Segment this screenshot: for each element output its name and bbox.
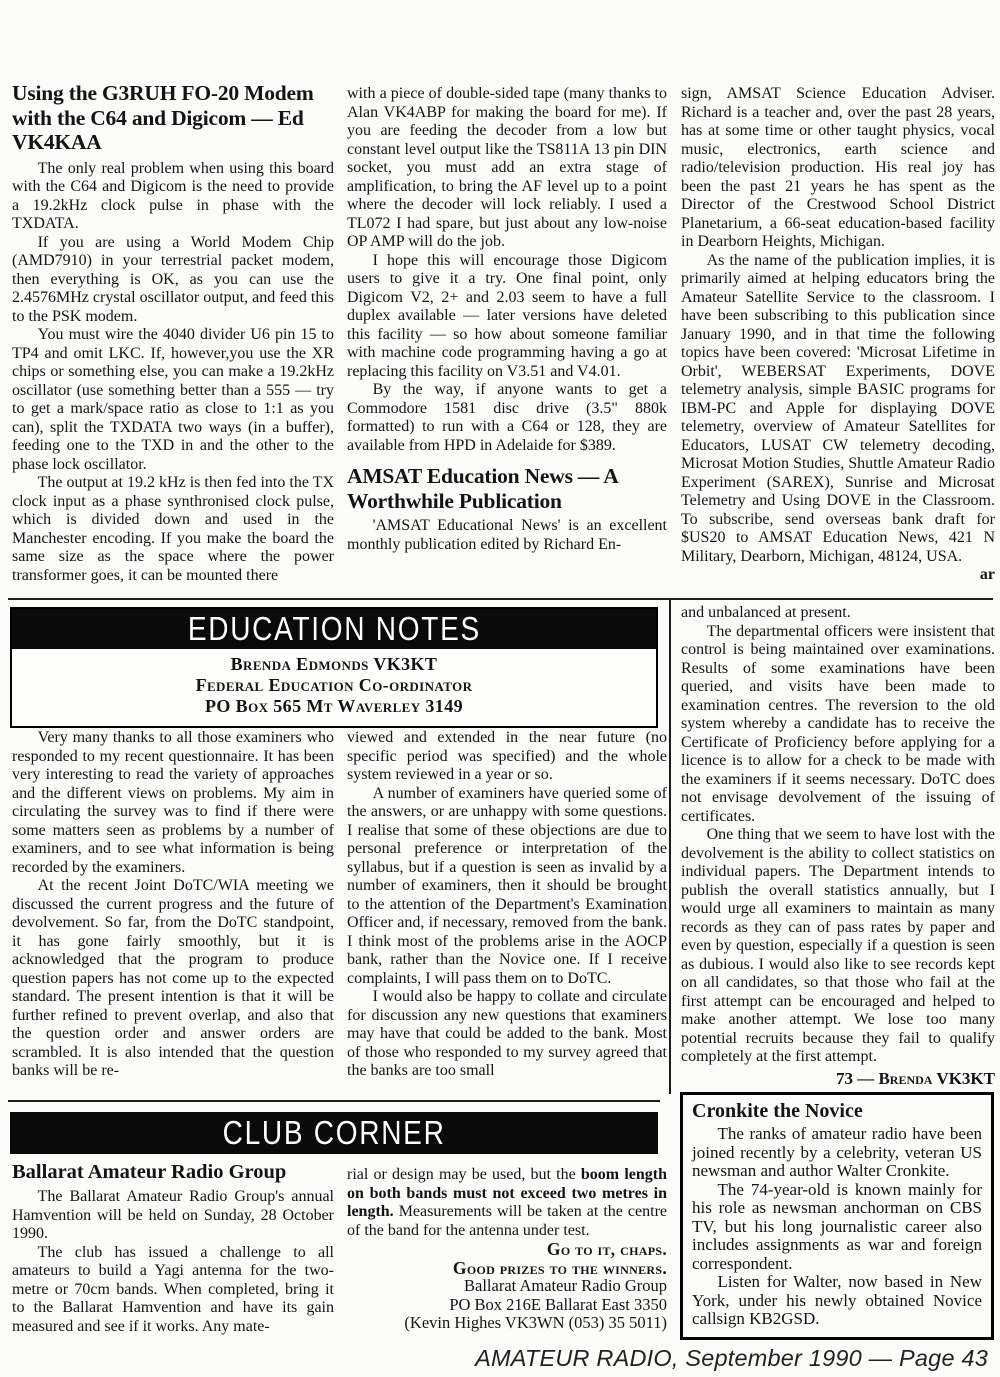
article-g3ruh-column-1: Using the G3RUH FO-20 Modem with the C64… [12, 81, 334, 585]
paragraph: The departmental officers were insistent… [681, 623, 995, 827]
paragraph: The ranks of amateur radio have been joi… [692, 1125, 982, 1181]
education-notes-header: EDUCATION NOTES Brenda Edmonds VK3KT Fed… [10, 607, 658, 728]
club-address-line: (Kevin Highes VK3WN (053) 35 5011) [347, 1314, 667, 1333]
club-corner-divider [8, 1100, 660, 1102]
signoff-number: 73 — [836, 1069, 879, 1088]
club-corner-banner-title: CLUB CORNER [223, 1112, 446, 1154]
paragraph: Listen for Walter, now based in New York… [692, 1273, 982, 1329]
paragraph: As the name of the publication implies, … [681, 252, 995, 567]
byline-role: Federal Education Co-ordinator [18, 675, 650, 696]
paragraph: If you are using a World Modem Chip (AMD… [12, 234, 334, 327]
article-amsat-column-3: sign, AMSAT Science Education Adviser. R… [681, 85, 995, 585]
paragraph: 'AMSAT Educational News' is an excellent… [347, 517, 667, 554]
club-corner-column-1: Ballarat Amateur Radio Group The Ballara… [12, 1160, 334, 1336]
paragraph: At the recent Joint DoTC/WIA meeting we … [12, 877, 334, 1081]
paragraph: I hope this will encourage those Digicom… [347, 252, 667, 382]
article-title-amsat: AMSAT Education News — A Worthwhile Publ… [347, 464, 667, 513]
column-divider-vertical [669, 600, 671, 1094]
magazine-name: AMATEUR RADIO [475, 1345, 672, 1371]
article-title-g3ruh: Using the G3RUH FO-20 Modem with the C64… [12, 81, 334, 155]
paragraph: A number of examiners have queried some … [347, 785, 667, 989]
education-notes-byline: Brenda Edmonds VK3KT Federal Education C… [12, 649, 656, 726]
paragraph: and unbalanced at present. [681, 604, 995, 623]
club-address-line: Ballarat Amateur Radio Group [347, 1277, 667, 1296]
paragraph: The 74-year-old is known mainly for his … [692, 1181, 982, 1274]
education-notes-column-1: Very many thanks to all those examiners … [12, 729, 334, 1081]
paragraph-text: rial or design may be used, but the [347, 1166, 581, 1183]
paragraph: The Ballarat Amateur Radio Group's annua… [12, 1188, 334, 1244]
education-notes-signoff: 73 — Brenda VK3KT [681, 1070, 995, 1089]
signoff-callsign: VK3KT [932, 1069, 995, 1088]
club-corner-banner: CLUB CORNER [10, 1112, 658, 1154]
club-cta-line: Go to it, chaps. [347, 1240, 667, 1259]
byline-address: PO Box 565 Mt Waverley 3149 [18, 696, 650, 717]
paragraph: Very many thanks to all those examiners … [12, 729, 334, 877]
page-footer: AMATEUR RADIO, September 1990 — Page 43 [475, 1345, 988, 1372]
paragraph-text: As the name of the publication implies, … [681, 252, 995, 565]
cronkite-article-box: Cronkite the Novice The ranks of amateur… [680, 1092, 994, 1340]
education-notes-column-2: viewed and extended in the near future (… [347, 729, 667, 1081]
paragraph: viewed and extended in the near future (… [347, 729, 667, 785]
ballarat-title: Ballarat Amateur Radio Group [12, 1160, 334, 1184]
paragraph: By the way, if anyone wants to get a Com… [347, 381, 667, 455]
paragraph: rial or design may be used, but the boom… [347, 1166, 667, 1240]
magazine-page: { "page": { "footer_italic": "AMATEUR RA… [0, 0, 1000, 1377]
paragraph: One thing that we seem to have lost with… [681, 826, 995, 1067]
byline-author: Brenda Edmonds VK3KT [18, 654, 650, 675]
education-notes-column-3: and unbalanced at present. The departmen… [681, 604, 995, 1088]
cronkite-title: Cronkite the Novice [692, 1099, 982, 1124]
paragraph: The output at 19.2 kHz is then fed into … [12, 474, 334, 585]
article-end-mark: ar [954, 566, 995, 585]
paragraph-text: Measurements will be taken at the centre… [347, 1203, 667, 1239]
section-divider-horizontal [8, 598, 993, 600]
paragraph: with a piece of double-sided tape (many … [347, 85, 667, 252]
paragraph: You must wire the 4040 divider U6 pin 15… [12, 326, 334, 474]
club-cta-line: Good prizes to the winners. [347, 1259, 667, 1278]
paragraph: I would also be happy to collate and cir… [347, 988, 667, 1081]
article-g3ruh-column-2: with a piece of double-sided tape (many … [347, 85, 667, 554]
footer-date-page: , September 1990 — Page 43 [672, 1345, 988, 1371]
club-corner-column-2: rial or design may be used, but the boom… [347, 1166, 667, 1333]
paragraph: sign, AMSAT Science Education Adviser. R… [681, 85, 995, 252]
education-notes-banner-title: EDUCATION NOTES [187, 609, 480, 649]
signoff-name: Brenda [878, 1069, 932, 1088]
paragraph: The club has issued a challenge to all a… [12, 1244, 334, 1337]
paragraph: The only real problem when using this bo… [12, 160, 334, 234]
club-address-line: PO Box 216E Ballarat East 3350 [347, 1296, 667, 1315]
education-notes-banner: EDUCATION NOTES [12, 609, 656, 649]
